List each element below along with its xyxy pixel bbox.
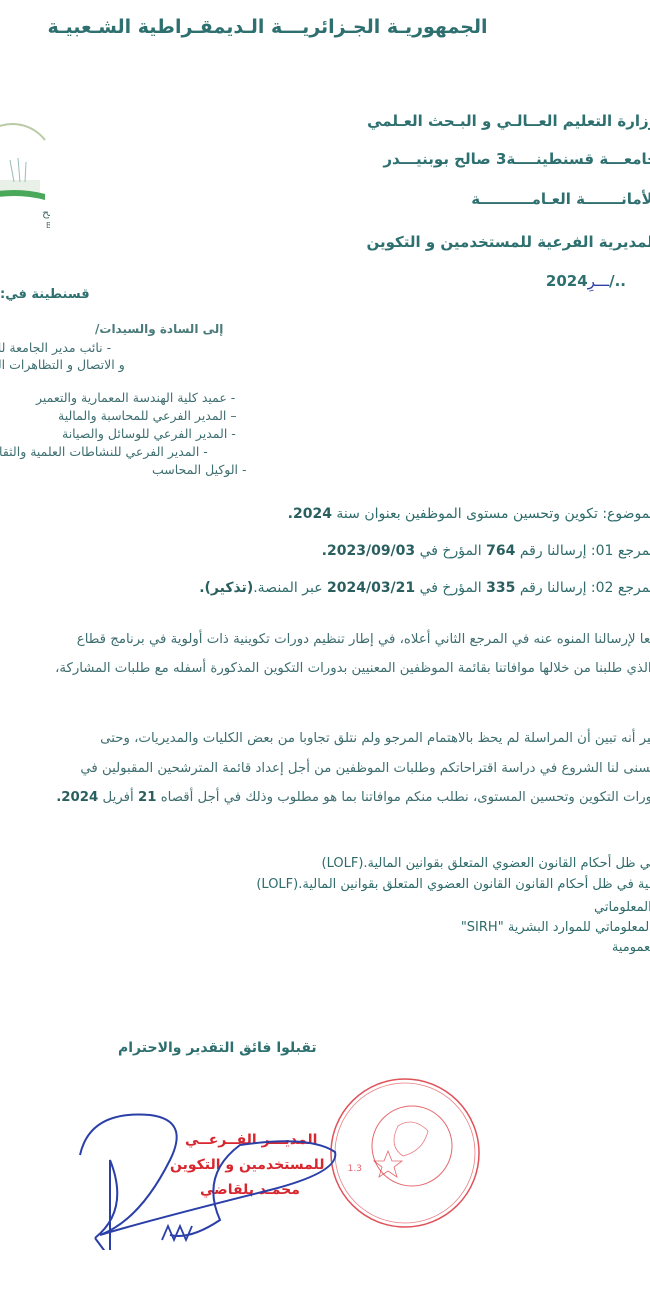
recipient-item: - المدير الفرعي للوسائل والصيانة <box>62 426 236 441</box>
recipients-title: إلى السادة والسيدات/ <box>95 322 223 336</box>
handwritten-signature-icon <box>70 1100 390 1250</box>
closing-salutation: تقبلوا فائق التقدير والاحترام <box>118 1040 317 1056</box>
general-directorate: الأمانـــــــة العـامــــــــــة <box>471 190 650 208</box>
ministry-name: وزارة التعليم العــالـي و البـحث العـلمي <box>367 112 650 130</box>
reference-number: ـــرِ2024/.. <box>546 272 626 290</box>
training-item: - النظام المعلوماتي للموارد البشرية "SIR… <box>461 920 650 935</box>
university-name: جامعـــة قسنطينــــة3 صالح بوبنيـــدر <box>383 150 650 168</box>
svg-text:صالح: صالح <box>42 206 50 219</box>
place-date: قسنطينة في: <box>0 287 90 302</box>
svg-text:وزارة التعليم العالي و البحث ا: وزارة التعليم العالي و البحث العلمي <box>328 1076 333 1079</box>
recipient-item: - المدير الفرعي للنشاطات العلمية والثقاف… <box>0 444 208 459</box>
reference-2: المرجع 02: إرسالنا رقم 335 المؤرخ في 202… <box>199 580 650 596</box>
recipient-item: - الوكيل المحاسب <box>152 462 247 477</box>
svg-text:جامعة قسنطينة 3: جامعة قسنطينة 3 <box>328 1076 333 1079</box>
country-title: الجمهوريـة الجـزائريـــة الـديمقـراطية ا… <box>0 16 650 38</box>
training-item: - تسيير النفقات في ظل أحكام القانون العض… <box>322 856 650 871</box>
body-line: والذي طلبنا من خلالها موافاتنا بقائمة ال… <box>55 661 650 676</box>
training-item: - المحاسبة العمومية <box>612 940 650 955</box>
recipient-item: - عميد كلية الهندسة المعمارية والتعمير <box>36 390 235 405</box>
body-line-deadline: دورات التكوين وتحسين المستوى، نطلب منكم … <box>56 790 650 805</box>
reference-1: المرجع 01: إرسالنا رقم 764 المؤرخ في 202… <box>322 543 650 559</box>
svg-text:BNIDER: BNIDER <box>46 221 50 230</box>
body-line: غير أنه تبين أن المراسلة لم يحظ بالاهتما… <box>100 731 650 746</box>
recipient-item: - نائب مدير الجامعة للعلاقات الخارجية و … <box>0 340 111 355</box>
recipient-item: – المدير الفرعي للمحاسبة والمالية <box>58 408 237 423</box>
body-line: تبعا لإرسالنا المنوه عنه في المرجع الثان… <box>77 632 650 647</box>
recipient-item: و الاتصال و التظاهرات العلمية <box>0 357 125 372</box>
subject-line: الموضوع: تكوين وتحسين مستوى الموظفين بعن… <box>288 506 650 522</box>
training-item: - الصفقات العمومية في ظل أحكام القانون ا… <box>256 877 650 892</box>
sub-directorate: المديرية الفرعية للمستخدمين و التكوين <box>366 233 650 251</box>
body-line: يتسنى لنا الشروع في دراسة اقتراحاتكم وطل… <box>80 761 650 776</box>
university-logo-icon: صالح BNIDER <box>0 120 50 230</box>
training-item: - الأرشيف الرقمي والمعلوماتي <box>594 900 650 915</box>
